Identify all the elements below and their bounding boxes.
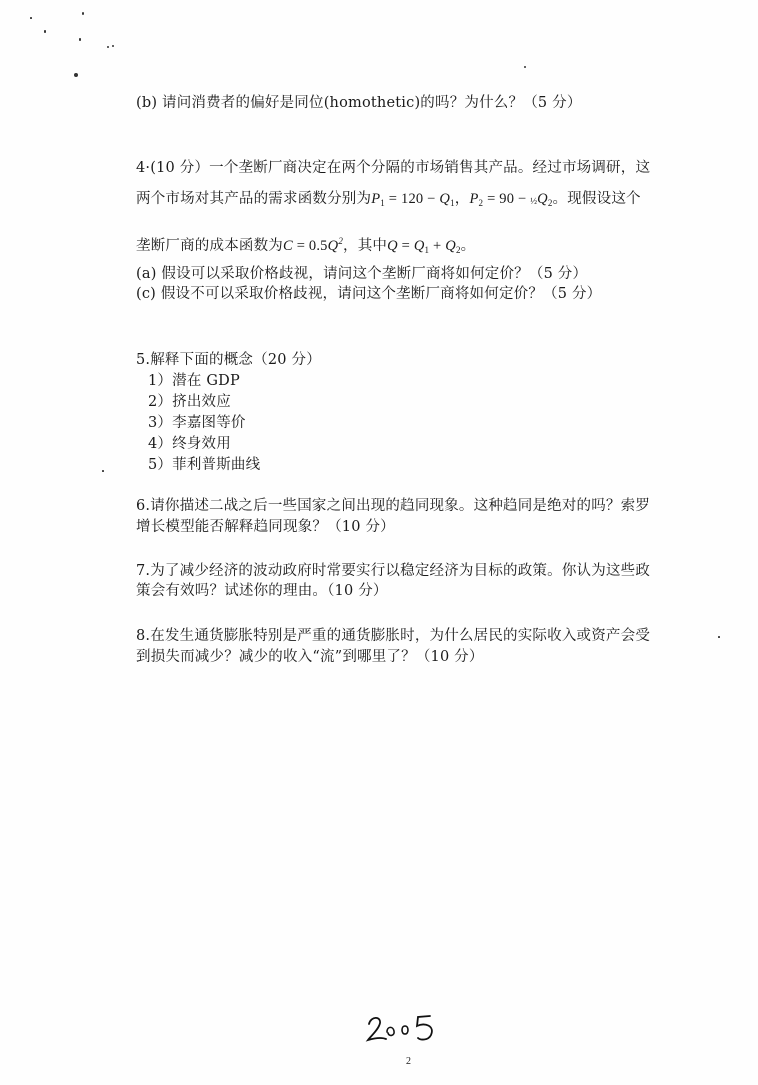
page-number: 2 <box>406 1056 411 1067</box>
scan-speck <box>30 17 32 19</box>
q4-demand-suffix: 。现假设这个 <box>553 191 641 207</box>
scan-speck <box>524 66 526 68</box>
question-4-line-2: 两个市场对其产品的需求函数分别为P1 = 120 − Q1，P2 = 90 − … <box>136 189 641 213</box>
scan-speck <box>718 636 720 638</box>
scan-speck <box>44 30 46 33</box>
concept-item: 5）菲利普斯曲线 <box>148 455 260 475</box>
scan-speck <box>112 45 114 47</box>
question-8-line-1: 8.在发生通货膨胀特别是严重的通货膨胀时，为什么居民的实际收入或资产会受 <box>136 626 650 646</box>
question-4c: (c) 假设不可以采取价格歧视，请问这个垄断厂商将如何定价？（5 分） <box>136 284 601 304</box>
question-4-line-3: 垄断厂商的成本函数为C = 0.5Q2，其中Q = Q1 + Q2。 <box>136 231 475 260</box>
question-5-title: 5.解释下面的概念（20 分） <box>136 350 321 370</box>
handwritten-year: 2005 <box>365 1012 445 1044</box>
concept-item: 1）潜在 GDP <box>148 371 240 391</box>
scan-speck <box>79 38 81 41</box>
scan-speck <box>82 12 84 15</box>
exam-page: (b) 请问消费者的偏好是同位(homothetic)的吗？为什么？（5 分） … <box>0 0 758 1085</box>
concept-item: 3）李嘉图等价 <box>148 413 246 433</box>
q4-cost-mid: ，其中 <box>343 238 387 254</box>
question-8-line-2: 到损失而减少？减少的收入“流”到哪里了？（10 分） <box>136 647 484 667</box>
scan-speck <box>107 46 109 48</box>
concept-item: 4）终身效用 <box>148 434 231 454</box>
concept-item: 2）挤出效应 <box>148 392 231 412</box>
cost-equation: C = 0.5Q2 <box>283 238 343 254</box>
question-6-line-2: 增长模型能否解释趋同现象？（10 分） <box>136 517 395 537</box>
quantity-sum-equation: Q = Q1 + Q2 <box>387 238 461 254</box>
question-6-line-1: 6.请你描述二战之后一些国家之间出现的趋同现象。这种趋同是绝对的吗？索罗 <box>136 496 650 516</box>
question-3b: (b) 请问消费者的偏好是同位(homothetic)的吗？为什么？（5 分） <box>136 93 582 113</box>
q4-cost-suffix: 。 <box>461 238 476 254</box>
question-7-line-2: 策会有效吗？试述你的理由。（10 分） <box>136 581 388 601</box>
demand-equation-2: P2 = 90 − ½Q2 <box>469 191 552 207</box>
q4-cost-prefix: 垄断厂商的成本函数为 <box>136 238 283 254</box>
demand-equation-1: P1 = 120 − Q1 <box>371 191 455 207</box>
scan-speck <box>74 73 78 77</box>
separator: ， <box>455 191 470 207</box>
question-4a: (a) 假设可以采取价格歧视，请问这个垄断厂商将如何定价？（5 分） <box>136 264 587 284</box>
q4-demand-prefix: 两个市场对其产品的需求函数分别为 <box>136 191 371 207</box>
question-4-line-1: 4·(10 分）一个垄断厂商决定在两个分隔的市场销售其产品。经过市场调研，这 <box>136 158 650 178</box>
question-7-line-1: 7.为了减少经济的波动政府时常要实行以稳定经济为目标的政策。你认为这些政 <box>136 561 650 581</box>
scan-speck <box>102 470 104 472</box>
